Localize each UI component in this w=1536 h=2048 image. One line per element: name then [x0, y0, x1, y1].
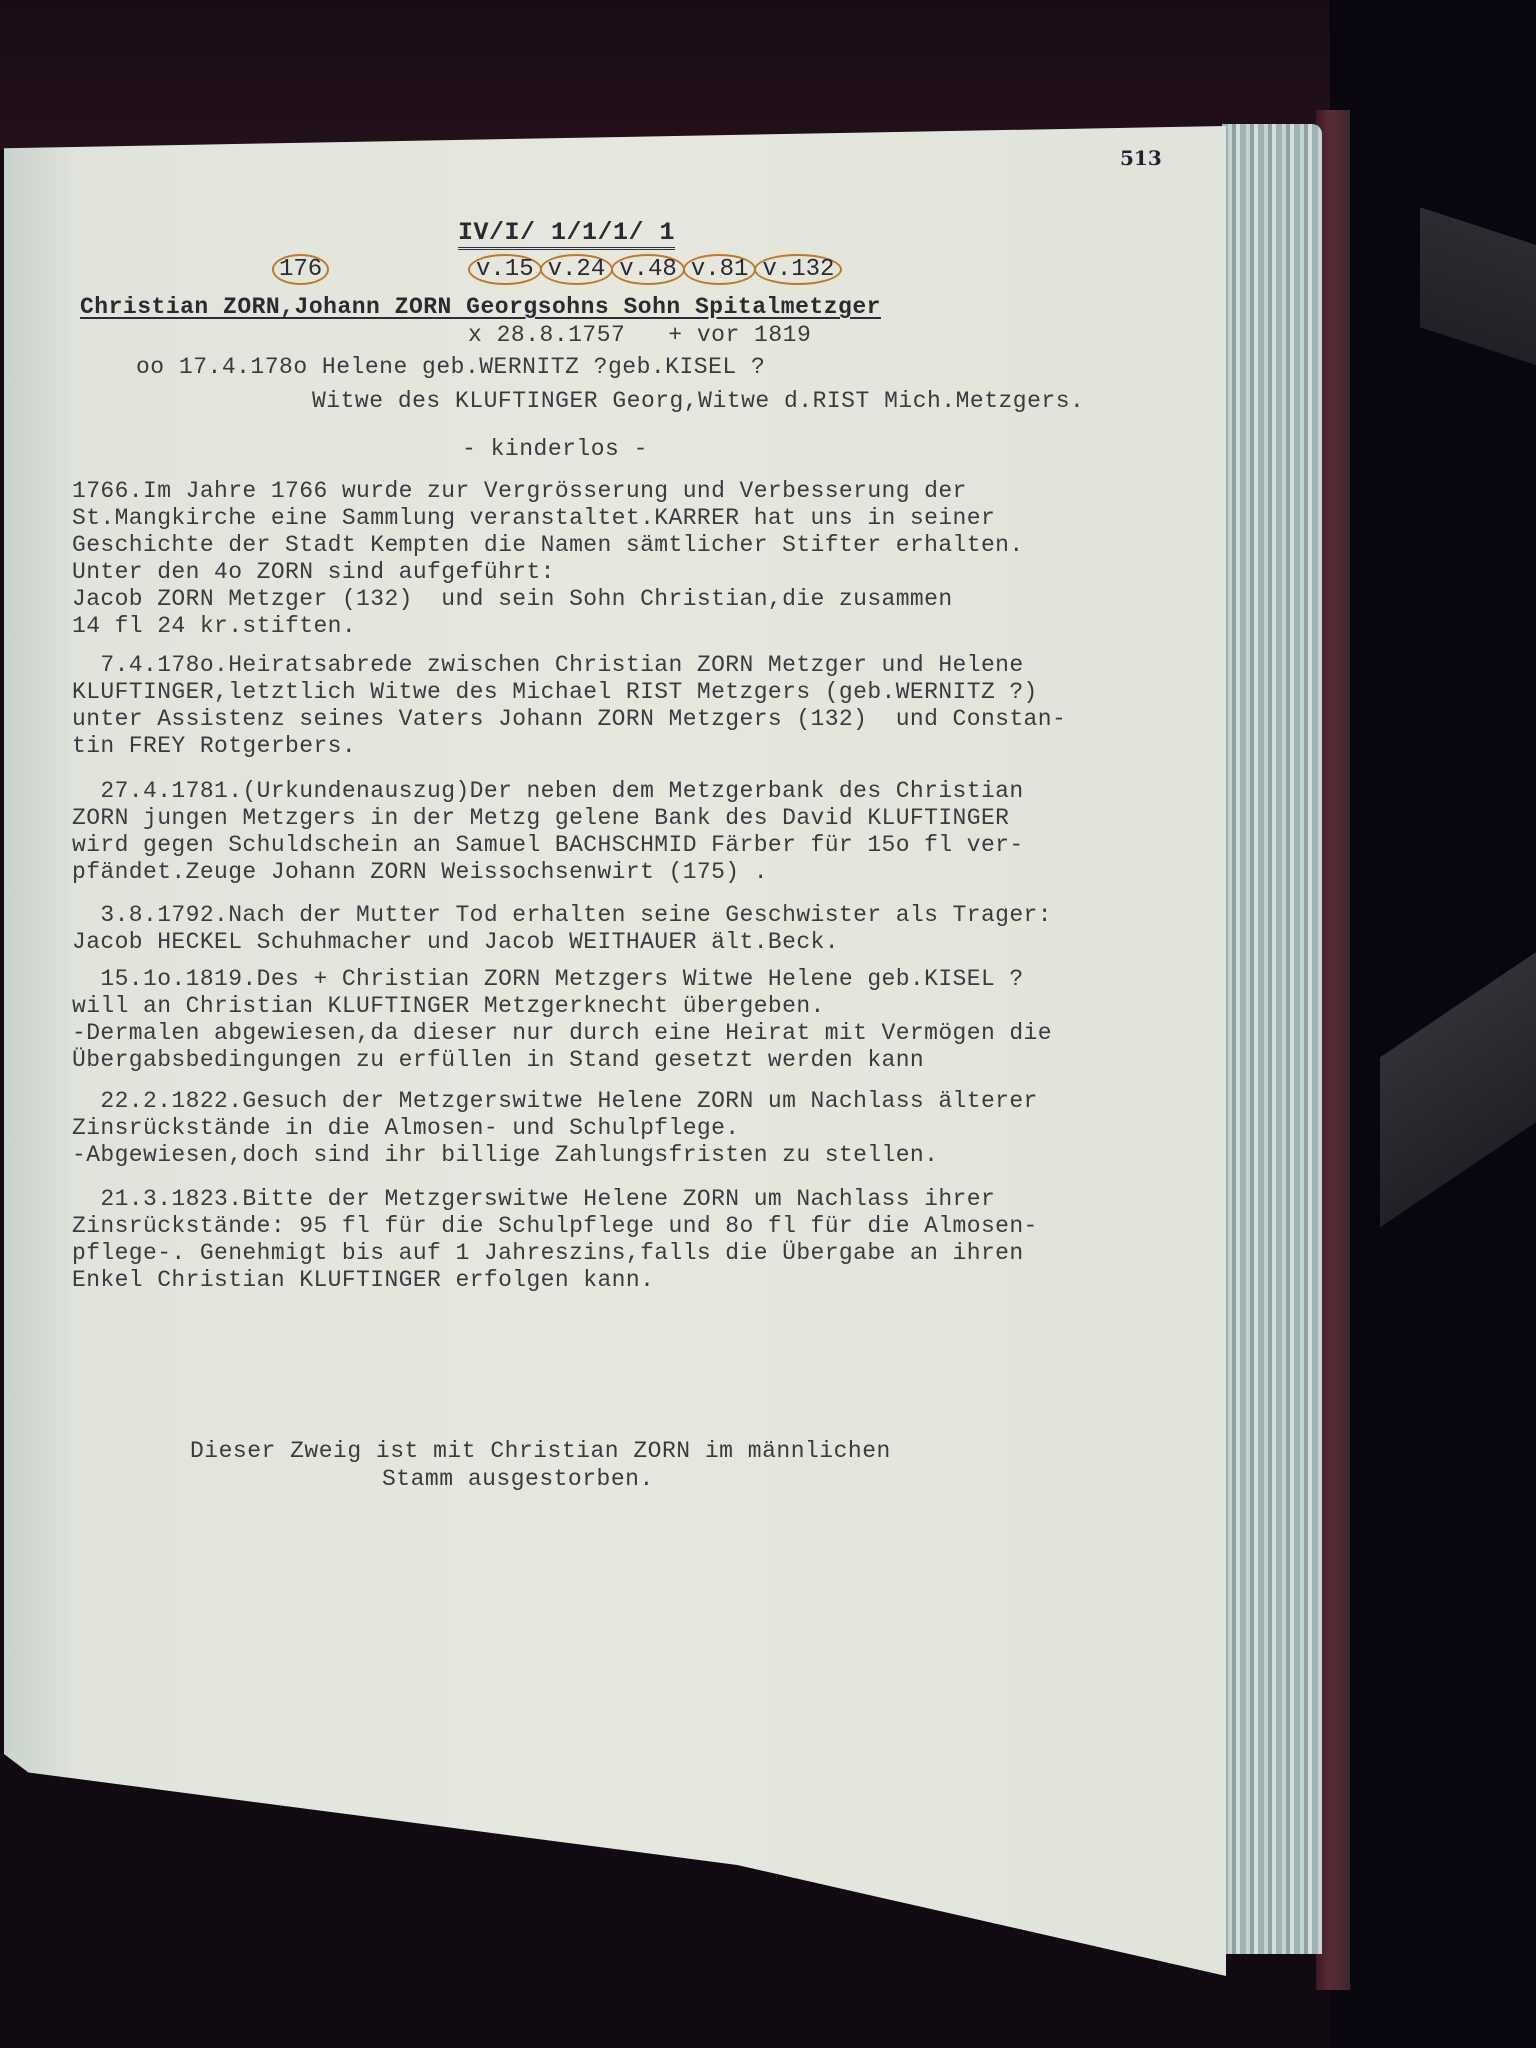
text-line: 1766.Im Jahre 1766 wurde zur Vergrösseru…	[72, 478, 1202, 505]
classification-code: IV/I/ 1/1/1/ 1	[458, 218, 675, 250]
text-line: 15.1o.1819.Des + Christian ZORN Metzgers…	[72, 966, 1202, 993]
text-line: Jacob HECKEL Schuhmacher und Jacob WEITH…	[72, 929, 1202, 956]
text-line: -Abgewiesen,doch sind ihr billige Zahlun…	[72, 1142, 1202, 1169]
text-line: Zinsrückstände in die Almosen- und Schul…	[72, 1115, 1202, 1142]
text-line: 3.8.1792.Nach der Mutter Tod erhalten se…	[72, 902, 1202, 929]
text-line: tin FREY Rotgerbers.	[72, 733, 1202, 760]
text-line: unter Assistenz seines Vaters Johann ZOR…	[72, 706, 1202, 733]
text-line: Jacob ZORN Metzger (132) und sein Sohn C…	[72, 586, 1202, 613]
birth-death-dates: x 28.8.1757 + vor 1819	[468, 322, 811, 348]
text-line: pfändet.Zeuge Johann ZORN Weissochsenwir…	[72, 859, 1202, 886]
text-line: Zinsrückstände: 95 fl für die Schulpfleg…	[72, 1213, 1202, 1240]
text-line: will an Christian KLUFTINGER Metzgerknec…	[72, 993, 1202, 1020]
closing-note-line1: Dieser Zweig ist mit Christian ZORN im m…	[190, 1438, 891, 1464]
entry-1766: 1766.Im Jahre 1766 wurde zur Vergrösseru…	[72, 478, 1202, 640]
page-stack-edge	[1222, 124, 1322, 1954]
ref-link[interactable]: v.132	[754, 254, 842, 285]
entry-1823: 21.3.1823.Bitte der Metzgerswitwe Helene…	[72, 1186, 1202, 1294]
text-line: 21.3.1823.Bitte der Metzgerswitwe Helene…	[72, 1186, 1202, 1213]
text-line: -Dermalen abgewiesen,da dieser nur durch…	[72, 1020, 1202, 1047]
widow-line: Witwe des KLUFTINGER Georg,Witwe d.RIST …	[312, 388, 1084, 414]
text-line: KLUFTINGER,letztlich Witwe des Michael R…	[72, 679, 1202, 706]
ref-link[interactable]: v.15	[468, 254, 542, 285]
entry-1780: 7.4.178o.Heiratsabrede zwischen Christia…	[72, 652, 1202, 760]
entry-1822: 22.2.1822.Gesuch der Metzgerswitwe Helen…	[72, 1088, 1202, 1169]
text-line: Übergabsbedingungen zu erfüllen in Stand…	[72, 1047, 1202, 1074]
entry-number-circle: 176	[272, 254, 329, 285]
entry-1781: 27.4.1781.(Urkundenauszug)Der neben dem …	[72, 778, 1202, 886]
ref-link[interactable]: v.81	[683, 254, 757, 285]
childless-note: - kinderlos -	[462, 436, 648, 462]
page-number: 513	[1120, 146, 1162, 170]
closing-note-line2: Stamm ausgestorben.	[382, 1466, 654, 1492]
entry-number: 176	[272, 254, 329, 285]
text-line: Geschichte der Stadt Kempten die Namen s…	[72, 532, 1202, 559]
text-line: 22.2.1822.Gesuch der Metzgerswitwe Helen…	[72, 1088, 1202, 1115]
text-line: Unter den 4o ZORN sind aufgeführt:	[72, 559, 1202, 586]
text-line: 14 fl 24 kr.stiften.	[72, 613, 1202, 640]
text-line: pflege-. Genehmigt bis auf 1 Jahreszins,…	[72, 1240, 1202, 1267]
person-name-line: Christian ZORN,Johann ZORN Georgsohns So…	[80, 294, 881, 320]
text-line: Enkel Christian KLUFTINGER erfolgen kann…	[72, 1267, 1202, 1294]
entry-1819: 15.1o.1819.Des + Christian ZORN Metzgers…	[72, 966, 1202, 1074]
text-line: St.Mangkirche eine Sammlung veranstaltet…	[72, 505, 1202, 532]
marriage-line: oo 17.4.178o Helene geb.WERNITZ ?geb.KIS…	[136, 354, 765, 380]
text-line: ZORN jungen Metzgers in der Metzg gelene…	[72, 805, 1202, 832]
ref-link[interactable]: v.24	[540, 254, 614, 285]
text-line: 27.4.1781.(Urkundenauszug)Der neben dem …	[72, 778, 1202, 805]
entry-1792: 3.8.1792.Nach der Mutter Tod erhalten se…	[72, 902, 1202, 956]
text-line: 7.4.178o.Heiratsabrede zwischen Christia…	[72, 652, 1202, 679]
ref-link[interactable]: v.48	[611, 254, 685, 285]
reference-list: v.15v.24v.48v.81v.132	[468, 254, 840, 285]
text-line: wird gegen Schuldschein an Samuel BACHSC…	[72, 832, 1202, 859]
